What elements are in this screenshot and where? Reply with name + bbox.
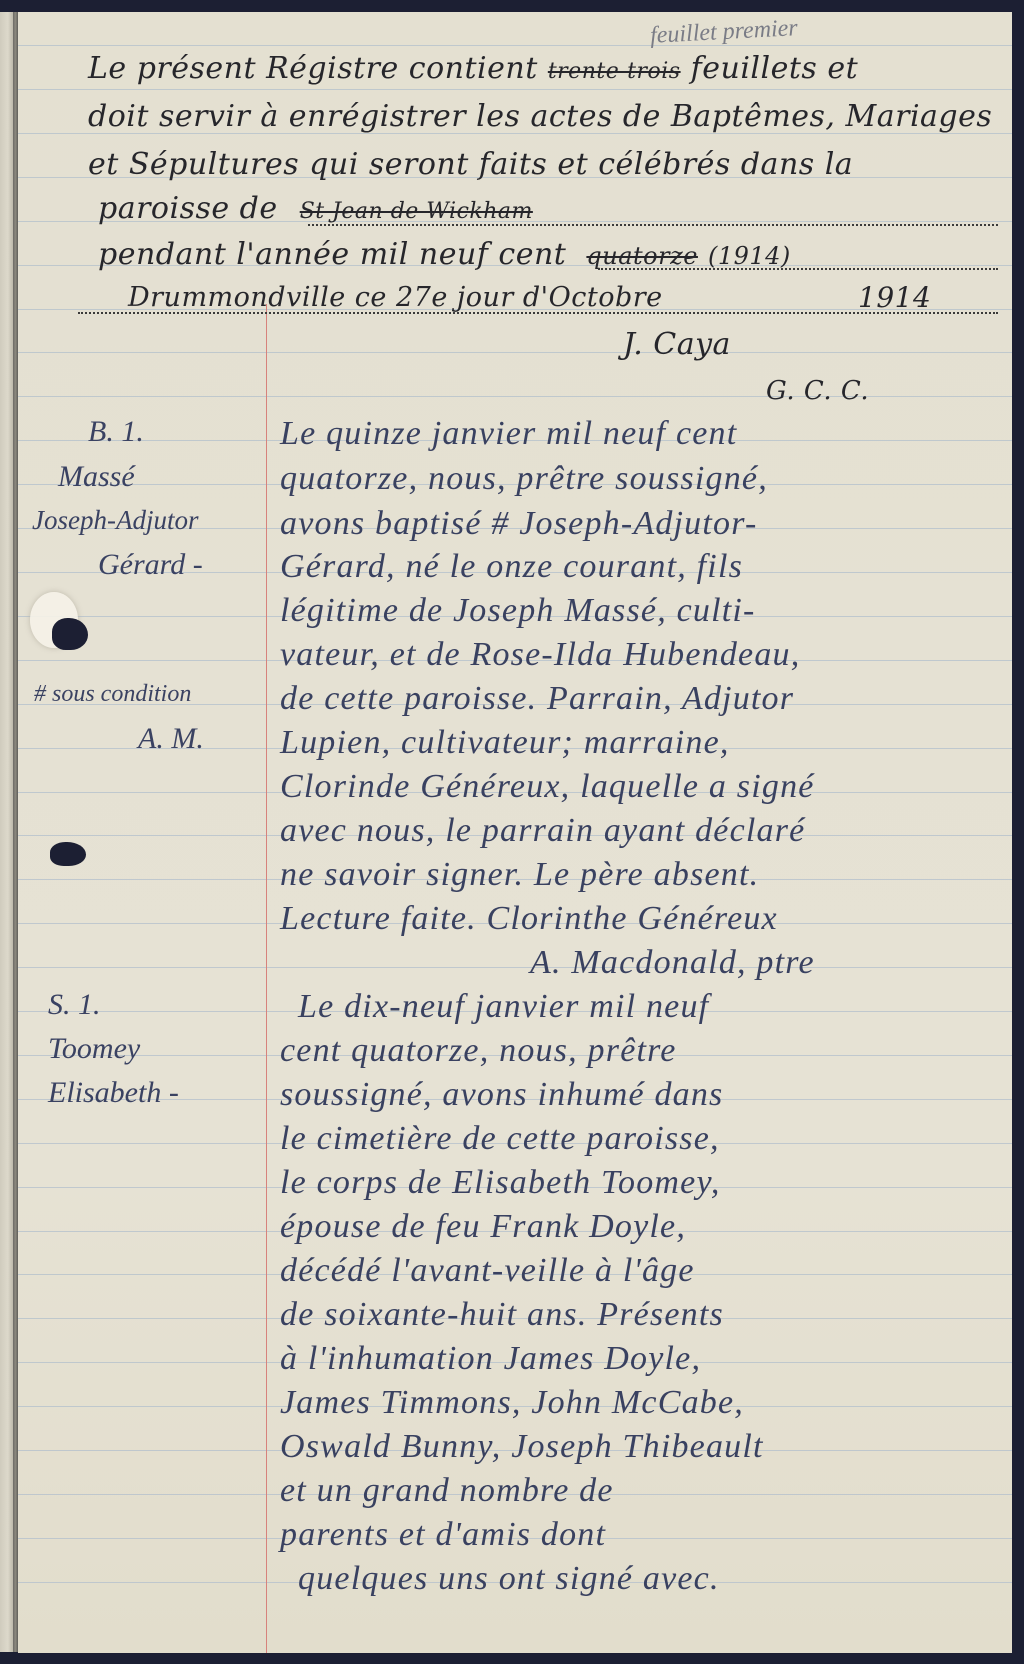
signature-title: G. C. C. xyxy=(766,378,869,404)
punch-hole xyxy=(50,842,86,866)
entry-1-code: B. 1. xyxy=(88,417,144,447)
dotted-leader xyxy=(78,312,998,314)
binding-edge xyxy=(0,12,13,1652)
entry-2-line: parents et d'amis dont xyxy=(280,1518,606,1552)
entry-2-line: Oswald Bunny, Joseph Thibeault xyxy=(280,1430,764,1464)
header-line-5: pendant l'année mil neuf cent quatorze (… xyxy=(98,240,791,270)
rule-line xyxy=(18,89,1012,90)
entry-1-signature: A. Macdonald, ptre xyxy=(530,946,815,980)
entry-2-line: décédé l'avant-veille à l'âge xyxy=(280,1254,695,1288)
header-line-1-end: feuillets et xyxy=(691,51,859,86)
entry-2-line: de soixante-huit ans. Présents xyxy=(280,1298,724,1332)
header-date-year: 1914 xyxy=(858,284,931,312)
dotted-leader xyxy=(598,268,998,270)
entry-1-note-initials: A. M. xyxy=(138,724,204,754)
entry-2-given-name: Elisabeth - xyxy=(48,1078,179,1108)
dotted-leader xyxy=(308,224,998,226)
entry-1-given-name: Joseph-Adjutor xyxy=(32,507,198,534)
entry-1-line: avec nous, le parrain ayant déclaré xyxy=(280,814,805,848)
entry-1-line: Le quinze janvier mil neuf cent xyxy=(280,417,737,451)
entry-1-line: avons baptisé # Joseph-Adjutor- xyxy=(280,507,758,541)
entry-1-note-condition: # sous condition xyxy=(34,682,191,706)
rule-line xyxy=(18,45,1012,46)
entry-1-surname: Massé xyxy=(58,462,135,492)
parish-name: St Jean de Wickham xyxy=(300,199,533,224)
year-number: (1914) xyxy=(708,242,791,270)
entry-1-line: légitime de Joseph Massé, culti- xyxy=(280,594,756,628)
struck-sheet-count: trente-trois xyxy=(548,59,681,84)
entry-1-line: quatorze, nous, prêtre soussigné, xyxy=(280,462,768,496)
header-line-1: Le présent Régistre contient trente-troi… xyxy=(88,54,858,84)
entry-2-line: soussigné, avons inhumé dans xyxy=(280,1078,723,1112)
header-line-3: et Sépultures qui seront faits et célébr… xyxy=(88,150,853,180)
year-in-words: quatorze xyxy=(586,242,698,270)
entry-2-line: cent quatorze, nous, prêtre xyxy=(280,1034,677,1068)
entry-1-line: vateur, et de Rose-Ilda Hubendeau, xyxy=(280,638,800,672)
entry-1-line: ne savoir signer. Le père absent. xyxy=(280,858,759,892)
entry-1-line: de cette paroisse. Parrain, Adjutor xyxy=(280,682,794,716)
rule-line xyxy=(18,352,1012,353)
entry-2-line: le cimetière de cette paroisse, xyxy=(280,1122,720,1156)
header-line-4: paroisse de St Jean de Wickham xyxy=(98,194,533,224)
header-line-2: doit servir à enrégistrer les actes de B… xyxy=(88,102,992,132)
header-line-5-text: pendant l'année mil neuf cent xyxy=(98,237,566,272)
entry-1-line: Lecture faite. Clorinthe Généreux xyxy=(280,902,778,936)
punch-hole xyxy=(52,618,88,650)
entry-2-line: James Timmons, John McCabe, xyxy=(280,1386,744,1420)
entry-1-line: Clorinde Généreux, laquelle a signé xyxy=(280,770,815,804)
entry-2-line: épouse de feu Frank Doyle, xyxy=(280,1210,686,1244)
entry-1-line: Lupien, cultivateur; marraine, xyxy=(280,726,730,760)
register-page: feuillet premier Le présent Régistre con… xyxy=(18,12,1012,1653)
entry-2-surname: Toomey xyxy=(48,1034,140,1064)
annotation-feuillet-premier: feuillet premier xyxy=(649,16,798,48)
signature-caya: J. Caya xyxy=(623,330,731,360)
entry-2-line: à l'inhumation James Doyle, xyxy=(280,1342,701,1376)
header-line-1-text: Le présent Régistre contient xyxy=(88,51,538,86)
entry-1-line: Gérard, né le onze courant, fils xyxy=(280,550,743,584)
margin-line xyxy=(266,304,267,1653)
header-line-4-text: paroisse de xyxy=(98,191,278,226)
entry-1-given-name-2: Gérard - xyxy=(98,550,203,580)
entry-2-code: S. 1. xyxy=(48,990,101,1020)
entry-2-line: quelques uns ont signé avec. xyxy=(298,1562,720,1596)
entry-2-line: Le dix-neuf janvier mil neuf xyxy=(298,990,709,1024)
rule-line xyxy=(18,967,1012,968)
entry-2-line: et un grand nombre de xyxy=(280,1474,614,1508)
entry-2-line: le corps de Elisabeth Toomey, xyxy=(280,1166,721,1200)
header-line-6: Drummondville ce 27e jour d'Octobre xyxy=(128,284,663,311)
